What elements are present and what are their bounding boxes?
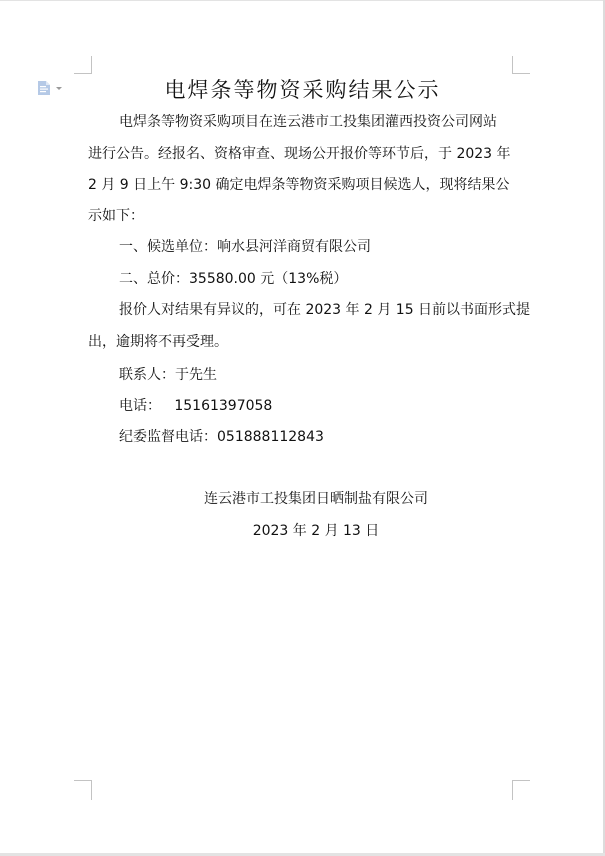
signature-date: 2023 年 2 月 13 日 — [0, 521, 605, 541]
signature-company: 连云港市工投集团日晒制盐有限公司 — [0, 489, 605, 509]
contact-person-line: 联系人：于先生 — [119, 365, 217, 385]
supervision-phone-line: 纪委监督电话：051888112843 — [119, 427, 324, 447]
candidate-line: 一、候选单位：响水县河洋商贸有限公司 — [119, 237, 371, 257]
body-line: 报价人对结果有异议的，可在 2023 年 2 月 15 日前以书面形式提 — [119, 300, 530, 320]
document-title: 电焊条等物资采购结果公示 — [0, 74, 605, 104]
body-line: 2 月 9 日上午 9:30 确定电焊条等物资采购项目候选人，现将结果公 — [88, 175, 510, 195]
body-line: 电焊条等物资采购项目在连云港市工投集团灌西投资公司网站 — [119, 112, 497, 132]
page-top-edge — [0, 0, 605, 1]
margin-corner-bottom-left — [74, 780, 92, 800]
body-line: 出，逾期将不再受理。 — [88, 332, 228, 352]
total-price-line: 二、总价：35580.00 元（13%税） — [119, 269, 347, 289]
margin-corner-top-right — [512, 56, 530, 74]
margin-corner-bottom-right — [512, 780, 530, 800]
body-line: 进行公告。经报名、资格审查、现场公开报价等环节后，于 2023 年 — [88, 144, 511, 164]
margin-corner-top-left — [74, 56, 92, 74]
phone-line: 电话： 15161397058 — [119, 396, 272, 416]
body-line: 示如下： — [88, 206, 144, 226]
